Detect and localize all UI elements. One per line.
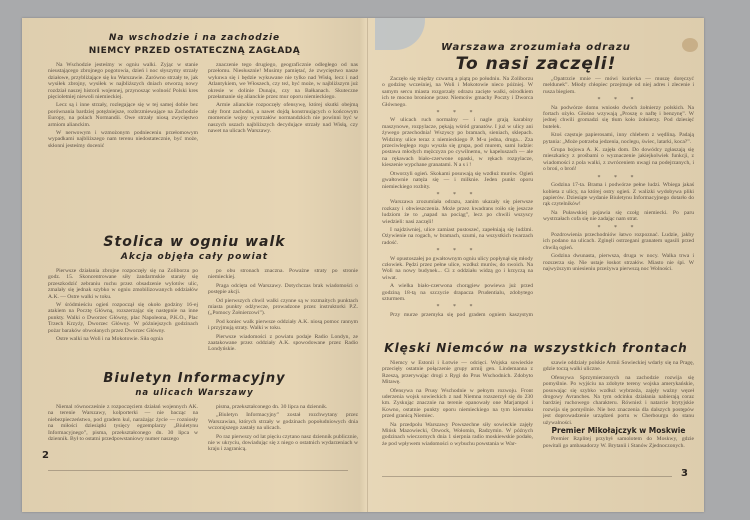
article2-headline: Stolica w ogniu walk — [22, 234, 367, 250]
paragraph: Od pierwszych chwil walki czynne są w ro… — [208, 298, 358, 317]
article2-headline: Klęski Niemców na wszystkich frontach — [368, 341, 704, 355]
article3-subheadline: na ulicach Warszawy — [22, 388, 367, 398]
page-number-right: 3 — [681, 468, 688, 479]
article2-col2: po obu stronach znaczna. Poważne straty … — [208, 268, 358, 376]
separator-stars: * * * — [382, 304, 533, 310]
paragraph: Godzina 17-ta. Brama i podwórze pełne lu… — [543, 182, 694, 208]
newspaper-sheet: Na wschodzie i na zachodzie NIEMCY PRZED… — [22, 18, 704, 512]
paragraph: Ktoś częstuje papierosami, inny chlebem … — [543, 132, 694, 145]
paragraph: Na podwórze domu wniosło dwóch żołnierzy… — [543, 105, 694, 131]
paragraph: I najdziwniej, ulice zamiast pustoszeć, … — [382, 227, 533, 246]
paragraph: A wielka biało-czerwona chorągiew powiew… — [382, 283, 533, 302]
article3-col1: Niemal równocześnie z rozpoczęciem dział… — [48, 404, 198, 460]
paragraph: Otworzyli ogień. Skokami posuwają się wz… — [382, 171, 533, 190]
paragraph: Pierwsze działania zbrojne rozpoczęły si… — [48, 268, 198, 300]
separator-stars: * * * — [382, 248, 533, 254]
article3-headline: Biuletyn Informacyjny — [22, 371, 367, 386]
paragraph: W ulicach ruch normalny — i nagle grają … — [382, 117, 533, 168]
separator-stars: * * * — [382, 110, 533, 116]
article1-col1: Zaczęło się między czwartą a piątą po po… — [382, 76, 533, 318]
paragraph: W śródmieściu ogień rozpoczął się około … — [48, 302, 198, 334]
separator-stars: * * * — [543, 175, 694, 181]
paragraph: Ofensywa Sprzymierzonych na zachodzie ro… — [543, 375, 694, 426]
paragraph: Warszawa zrozumiała odrazu, zanim ukazał… — [382, 199, 533, 225]
paragraph: „Opatrzcie mnie — mówi kurierka — muszę … — [543, 76, 694, 95]
paragraph: Na Puławskiej pojawia się czołg niemieck… — [543, 210, 694, 223]
paragraph: W opustoszałej po gwałtownym ogniu ulicy… — [382, 256, 533, 282]
paragraph: Ofensywa na Prusy Wschodnie w pełnym roz… — [382, 388, 533, 420]
article3-body: Niemal równocześnie z rozpoczęciem dział… — [48, 404, 358, 460]
paragraph: Ostre walki na Woli i na Mokotowie. Siła… — [48, 336, 198, 342]
bottom-rule — [382, 476, 672, 477]
paragraph: znaczenie tego drugiego, geograficznie o… — [208, 62, 358, 100]
left-page: Na wschodzie i na zachodzie NIEMCY PRZED… — [22, 18, 367, 512]
paragraph: Na przedpolu Warszawy Powszechne siły so… — [382, 422, 533, 448]
paragraph: Pod koniec walk pierwsze oddziały A.K. n… — [208, 319, 358, 332]
article3-col2: pisma, przekształconego dn. 30 lipca na … — [208, 404, 358, 460]
article1-body: Na Wschodzie jesteśmy w ogniu walki. Żyj… — [48, 62, 358, 204]
paragraph: pisma, przekształconego dn. 30 lipca na … — [208, 404, 358, 410]
sub-article-headline: Premier Mikołajczyk w Moskwie — [543, 428, 694, 434]
article1-body: Zaczęło się między czwartą a piątą po po… — [382, 76, 694, 318]
article2-body: Niemcy w Estonii i Łotwie — odcięci. Woj… — [382, 360, 694, 460]
paragraph: „Biuletyn Informacyjny” został rozchwyta… — [208, 412, 358, 431]
article1-kicker: Warszawa zrozumiała odrazu — [368, 42, 704, 53]
article1-col2: „Opatrzcie mnie — mówi kurierka — muszę … — [543, 76, 694, 318]
article1-col1: Na Wschodzie jesteśmy w ogniu walki. Żyj… — [48, 62, 198, 204]
paragraph: Pozdrowienia przechodniów łatwo rozpozna… — [543, 232, 694, 251]
paragraph: Lecz są i inne strzały, rozlegające się … — [48, 102, 198, 128]
paragraph: W nerwowym i wzmożonym podnieceniu przeł… — [48, 130, 198, 149]
paragraph: szawie oddziały polskie Armii Sowieckiej… — [543, 360, 694, 373]
paragraph: Przy murze przemyka się pod gradem ognie… — [382, 312, 533, 318]
paragraph: Niemcy w Estonii i Łotwie — odcięci. Woj… — [382, 360, 533, 386]
article2-col2: szawie oddziały polskie Armii Sowieckiej… — [543, 360, 694, 460]
paragraph: Po raz pierwszy od lat pięciu czytano na… — [208, 434, 358, 453]
paragraph: Na Wschodzie jesteśmy w ogniu walki. Żyj… — [48, 62, 198, 100]
paragraph: Armie alianckie rozpoczęły ofensywę, któ… — [208, 102, 358, 134]
article1-headline: To nasi zaczęli! — [368, 54, 704, 74]
page-number-left: 2 — [42, 450, 49, 461]
article1-headline: NIEMCY PRZED OSTATECZNĄ ZAGŁADĄ — [22, 46, 367, 56]
paragraph: po obu stronach znaczna. Poważne straty … — [208, 268, 358, 281]
article2-body: Pierwsze działania zbrojne rozpoczęły si… — [48, 268, 358, 376]
article1-col2: znaczenie tego drugiego, geograficznie o… — [208, 62, 358, 204]
separator-stars: * * * — [543, 97, 694, 103]
separator-stars: * * * — [382, 192, 533, 198]
paragraph: Pierwsze wiadomości z powiatu podaje Rad… — [208, 334, 358, 353]
article2-col1: Pierwsze działania zbrojne rozpoczęły si… — [48, 268, 198, 376]
paragraph: Zaczęło się między czwartą a piątą po po… — [382, 76, 533, 108]
article1-kicker: Na wschodzie i na zachodzie — [22, 33, 367, 43]
paragraph: Praga odcięta od Warszawy. Dotychczas br… — [208, 283, 358, 296]
paragraph: Niemal równocześnie z rozpoczęciem dział… — [48, 404, 198, 442]
paragraph: Grupa bojowa A. K. zajęła dom. Do dowódc… — [543, 147, 694, 173]
article2-subheadline: Akcja objęła cały powiat — [22, 252, 367, 262]
right-page: Warszawa zrozumiała odrazu To nasi zaczę… — [368, 18, 704, 512]
separator-stars: * * * — [543, 225, 694, 231]
article2-col1: Niemcy w Estonii i Łotwie — odcięci. Woj… — [382, 360, 533, 460]
paragraph: Premier Rzplitej przybył samolotem do Mo… — [543, 436, 694, 449]
paragraph: Godzina dwunasta, pierwsza, druga w nocy… — [543, 253, 694, 272]
bottom-rule — [48, 470, 348, 471]
